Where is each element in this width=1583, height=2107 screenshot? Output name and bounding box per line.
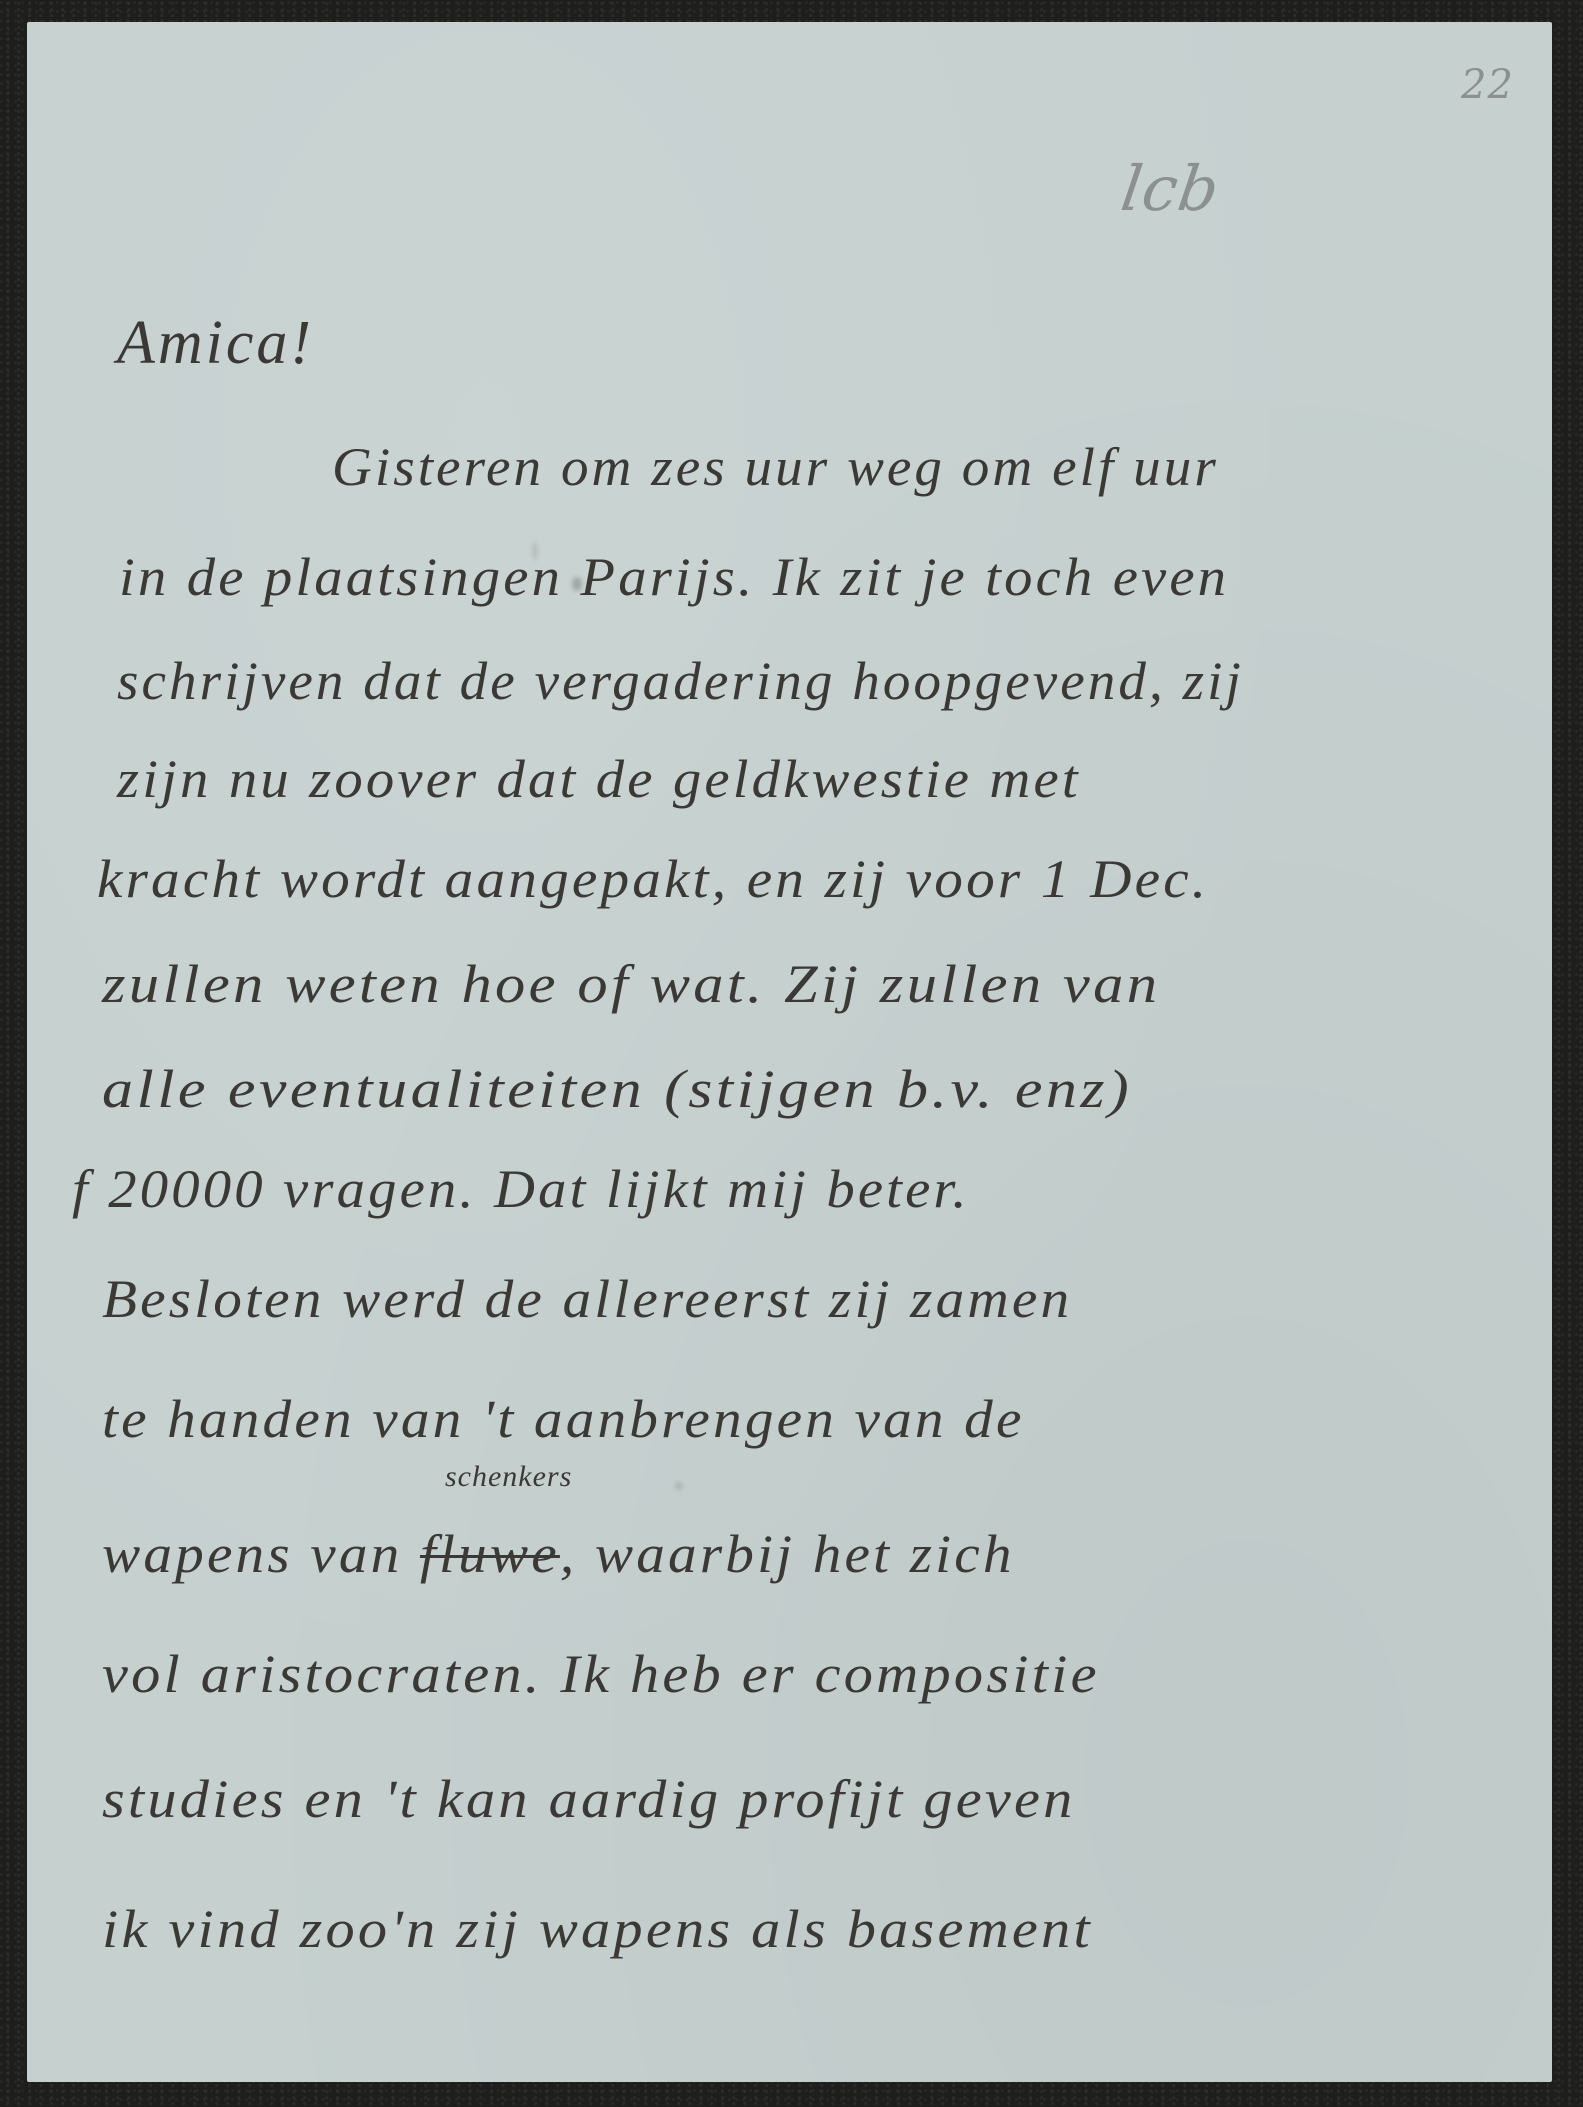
letter-line-14: ik vind zoo'n zij wapens als basement xyxy=(102,1902,1093,1956)
letter-line-11: wapens van fluwe, waarbij het zich xyxy=(102,1527,1015,1581)
page-number: 22 xyxy=(1461,62,1514,108)
letter-sheet: 22 lcb Amica! Gisteren om zes uur weg om… xyxy=(27,22,1552,2082)
letter-line-8: f 20000 vragen. Dat lijkt mij beter. xyxy=(72,1162,970,1216)
letter-line-9: Besloten werd de allereerst zij zamen xyxy=(102,1272,1072,1326)
ink-smudge xyxy=(532,542,538,560)
letter-line-3: schrijven dat de vergadering hoopgevend,… xyxy=(117,654,1244,708)
letter-line-13: studies en 't kan aardig profijt geven xyxy=(102,1772,1076,1826)
scan-background: 22 lcb Amica! Gisteren om zes uur weg om… xyxy=(0,0,1583,2107)
letter-line-4: zijn nu zoover dat de geldkwestie met xyxy=(117,752,1081,806)
letter-line-7: alle eventualiteiten (stijgen b.v. enz) xyxy=(102,1062,1132,1116)
ink-smudge xyxy=(572,577,582,591)
letter-line-10: te handen van 't aanbrengen van de xyxy=(102,1392,1025,1446)
inserted-word: schenkers xyxy=(445,1462,572,1492)
letter-line-5: kracht wordt aangepakt, en zij voor 1 De… xyxy=(97,852,1209,906)
letter-line-12: vol aristocraten. Ik heb er compositie xyxy=(102,1647,1100,1701)
struck-word: fluwe xyxy=(420,1524,560,1584)
letter-line-2: in de plaatsingen Parijs. Ik zit je toch… xyxy=(119,550,1229,604)
line-11-end: , waarbij het zich xyxy=(560,1524,1015,1584)
line-11-start: wapens van xyxy=(102,1524,420,1584)
letter-line-6: zullen weten hoe of wat. Zij zullen van xyxy=(102,957,1160,1011)
letter-line-1: Gisteren om zes uur weg om elf uur xyxy=(332,440,1219,494)
archive-mark: lcb xyxy=(1117,152,1225,225)
ink-smudge xyxy=(675,1482,683,1490)
salutation: Amica! xyxy=(117,312,314,374)
